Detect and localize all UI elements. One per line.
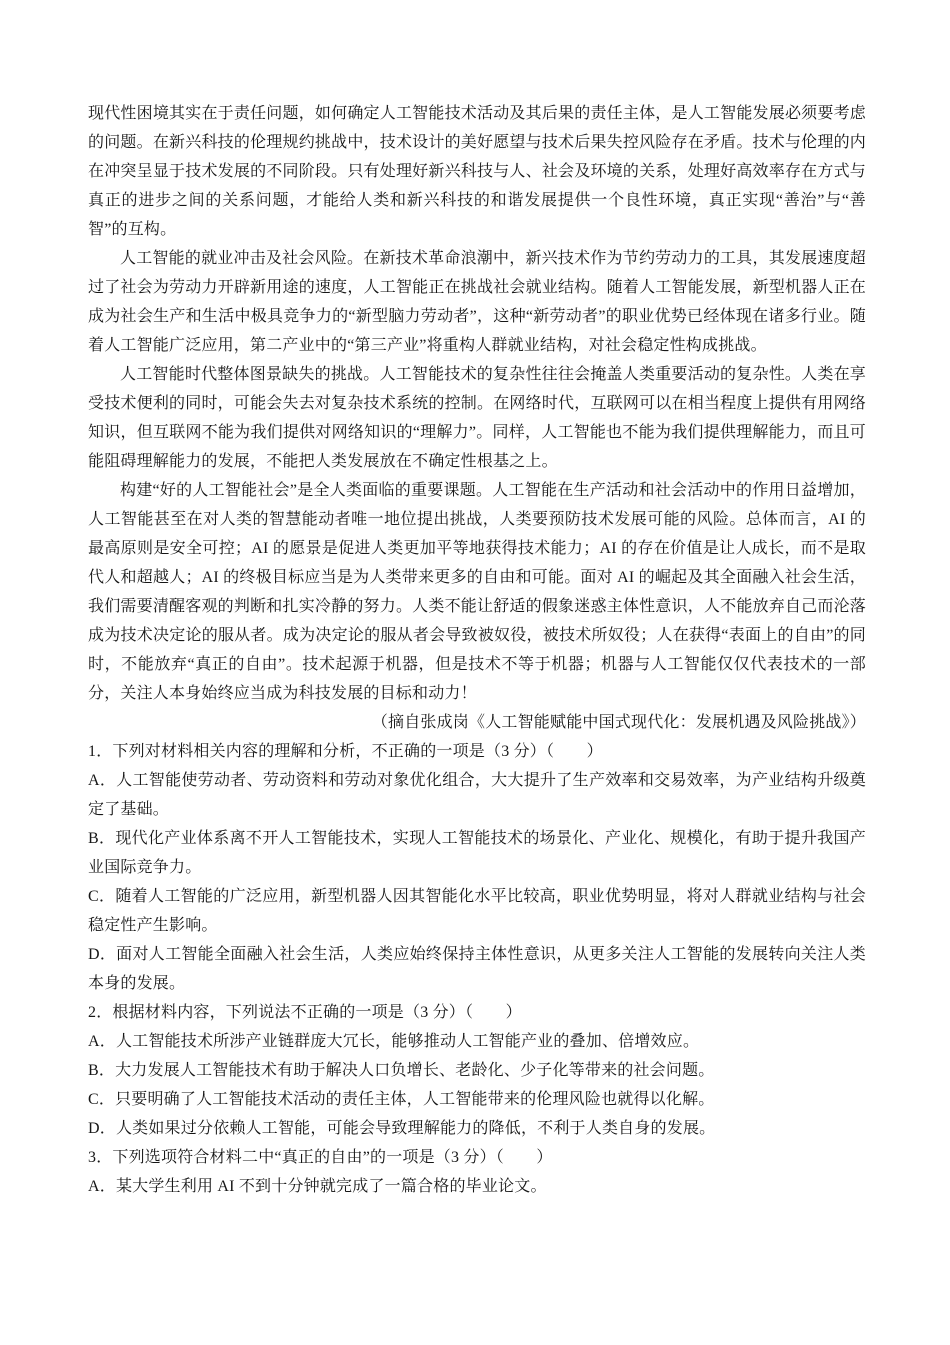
question-1-option-b: B．现代化产业体系离不开人工智能技术，实现人工智能技术的场景化、产业化、规模化，… <box>88 824 866 882</box>
question-3-stem: 3．下列选项符合材料二中“真正的自由”的一项是（3 分）（ ） <box>88 1143 866 1172</box>
question-2-stem: 2．根据材料内容，下列说法不正确的一项是（3 分）（ ） <box>88 998 866 1027</box>
question-2-option-b: B．大力发展人工智能技术有助于解决人口负增长、老龄化、少子化等带来的社会问题。 <box>88 1056 866 1085</box>
question-1-option-a: A．人工智能使劳动者、劳动资料和劳动对象优化组合，大大提升了生产效率和交易效率，… <box>88 766 866 824</box>
question-1-stem: 1．下列对材料相关内容的理解和分析，不正确的一项是（3 分）（ ） <box>88 737 866 766</box>
question-1-option-d: D．面对人工智能全面融入社会生活，人类应始终保持主体性意识，从更多关注人工智能的… <box>88 940 866 998</box>
passage-paragraph-3: 人工智能时代整体图景缺失的挑战。人工智能技术的复杂性往往会掩盖人类重要活动的复杂… <box>88 360 866 476</box>
question-3: 3．下列选项符合材料二中“真正的自由”的一项是（3 分）（ ） A．某大学生利用… <box>88 1143 866 1201</box>
question-2: 2．根据材料内容，下列说法不正确的一项是（3 分）（ ） A．人工智能技术所涉产… <box>88 998 866 1143</box>
exam-content: 现代性困境其实在于责任问题，如何确定人工智能技术活动及其后果的责任主体，是人工智… <box>88 99 866 1201</box>
passage-attribution: （摘自张成岗《人工智能赋能中国式现代化：发展机遇及风险挑战》） <box>88 708 866 737</box>
question-2-option-d: D．人类如果过分依赖人工智能，可能会导致理解能力的降低，不利于人类自身的发展。 <box>88 1114 866 1143</box>
question-2-option-a: A．人工智能技术所涉产业链群庞大冗长，能够推动人工智能产业的叠加、倍增效应。 <box>88 1027 866 1056</box>
question-2-option-c: C．只要明确了人工智能技术活动的责任主体，人工智能带来的伦理风险也就得以化解。 <box>88 1085 866 1114</box>
question-3-option-a: A．某大学生利用 AI 不到十分钟就完成了一篇合格的毕业论文。 <box>88 1172 866 1201</box>
passage-paragraph-1: 现代性困境其实在于责任问题，如何确定人工智能技术活动及其后果的责任主体，是人工智… <box>88 99 866 244</box>
question-1-option-c: C．随着人工智能的广泛应用，新型机器人因其智能化水平比较高，职业优势明显，将对人… <box>88 882 866 940</box>
passage-paragraph-4: 构建“好的人工智能社会”是全人类面临的重要课题。人工智能在生产活动和社会活动中的… <box>88 476 866 708</box>
question-1: 1．下列对材料相关内容的理解和分析，不正确的一项是（3 分）（ ） A．人工智能… <box>88 737 866 998</box>
reading-passage: 现代性困境其实在于责任问题，如何确定人工智能技术活动及其后果的责任主体，是人工智… <box>88 99 866 737</box>
passage-paragraph-2: 人工智能的就业冲击及社会风险。在新技术革命浪潮中，新兴技术作为节约劳动力的工具，… <box>88 244 866 360</box>
exam-page: 现代性困境其实在于责任问题，如何确定人工智能技术活动及其后果的责任主体，是人工智… <box>0 0 950 1345</box>
